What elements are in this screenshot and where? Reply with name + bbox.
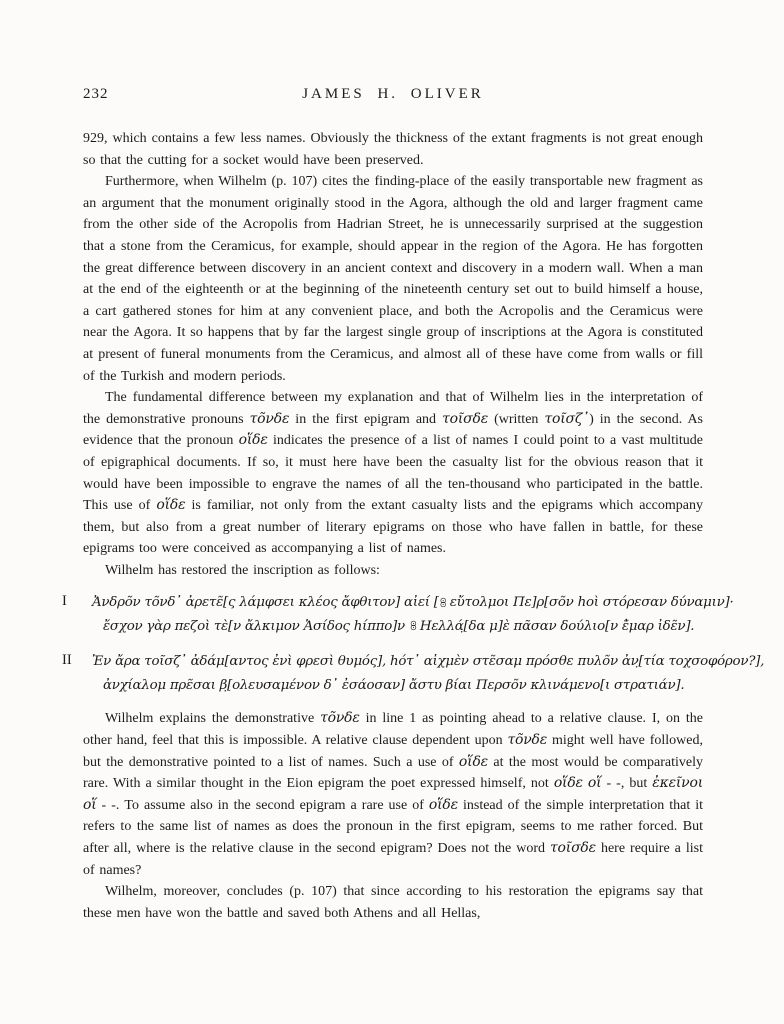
epigram-numeral: I xyxy=(62,591,92,638)
epigram-text: Ηελλά̣[δα μ]ὲ πᾶσαν δούλιο[ν ἐ̃μαρ ἰδε̃ν… xyxy=(416,619,694,634)
epigram-text: ἔσχον γὰρ πεζοὶ τὲ[ν ἄλκιμον Ἀσίδος hίππ… xyxy=(103,619,409,634)
epigram-line: ἀνχίαλομ πρε̃σαι β̣[ολευσαμένον δ᾽ ἐσάοσ… xyxy=(92,674,703,698)
greek-term: οἵδε xyxy=(459,754,488,770)
tricolon-interpunct-icon: ⊙⊙ xyxy=(440,599,445,608)
paragraph: Wilhelm explains the demonstrative το̃νδ… xyxy=(83,708,703,881)
greek-term: οἵ xyxy=(83,797,97,813)
epigram-text: Ἐν ἄρα τοῖσζ᾽ ἀδάμ[αντος ἐνὶ φρεσὶ θυμός… xyxy=(92,654,764,669)
epigram-lines: Ἀνδρο̃ν το̃νδ᾽ ἀρετε̃[ς λάμφσει κλέος ἄφ… xyxy=(92,591,703,638)
epigram-lines: Ἐν ἄρα τοῖσζ᾽ ἀδάμ[αντος ἐνὶ φρεσὶ θυμός… xyxy=(92,650,703,697)
greek-term: τοῖσδε xyxy=(442,411,488,427)
greek-term: οἵδε xyxy=(554,775,583,791)
epigram-ii: IIἘν ἄρα τοῖσζ᾽ ἀδάμ[αντος ἐνὶ φρεσὶ θυμ… xyxy=(62,650,703,697)
epigram-numeral: II xyxy=(62,650,92,697)
epigram-text: Ἀνδρο̃ν το̃νδ᾽ ἀρετε̃[ς λάμφσει κλέος ἄφ… xyxy=(92,595,439,610)
greek-term: οἵδε xyxy=(239,432,268,448)
epigram-text: ἀνχίαλομ πρε̃σαι β̣[ολευσαμένον δ᾽ ἐσάοσ… xyxy=(103,678,684,693)
paragraph: Furthermore, when Wilhelm (p. 107) cites… xyxy=(83,171,703,387)
paragraph: 929, which contains a few less names. Ob… xyxy=(83,128,703,171)
greek-term: τοῖσδε xyxy=(550,840,596,856)
journal-page: 232 JAMES H. OLIVER 929, which contains … xyxy=(0,0,784,1024)
page-header: 232 JAMES H. OLIVER xyxy=(83,86,703,106)
epigram-line: Ἐν ἄρα τοῖσζ᾽ ἀδάμ[αντος ἐνὶ φρεσὶ θυμός… xyxy=(92,650,703,674)
greek-term: οἵδε xyxy=(429,797,458,813)
running-head: JAMES H. OLIVER xyxy=(83,86,703,103)
paragraph: Wilhelm, moreover, concludes (p. 107) th… xyxy=(83,881,703,924)
paragraph: The fundamental difference between my ex… xyxy=(83,387,703,560)
epigram-text: εὔτολμοι Πε]ρ[σο̃ν hοὶ στόρεσαν δύναμιν]… xyxy=(446,595,734,610)
greek-term: τοῖσζ᾽ xyxy=(544,411,589,427)
greek-term: ἐκεῖνοι xyxy=(652,775,703,791)
epigram-block: IἈνδρο̃ν το̃νδ᾽ ἀρετε̃[ς λάμφσει κλέος ἄ… xyxy=(62,591,703,697)
greek-term: το̃νδε xyxy=(250,411,290,427)
greek-term: οἵδε xyxy=(156,497,185,513)
epigram-line: ἔσχον γὰρ πεζοὶ τὲ[ν ἄλκιμον Ἀσίδος hίππ… xyxy=(92,615,703,639)
tricolon-interpunct-icon: ⊙⊙ xyxy=(410,622,415,631)
greek-term: οἵ xyxy=(588,775,602,791)
epigram-i: IἈνδρο̃ν το̃νδ᾽ ἀρετε̃[ς λάμφσει κλέος ἄ… xyxy=(62,591,703,638)
epigram-line: Ἀνδρο̃ν το̃νδ᾽ ἀρετε̃[ς λάμφσει κλέος ἄφ… xyxy=(92,591,703,615)
greek-term: το̃νδε xyxy=(507,732,547,748)
greek-term: το̃νδε xyxy=(320,710,360,726)
paragraph: Wilhelm has restored the inscription as … xyxy=(83,560,703,582)
page-number: 232 xyxy=(83,86,109,103)
